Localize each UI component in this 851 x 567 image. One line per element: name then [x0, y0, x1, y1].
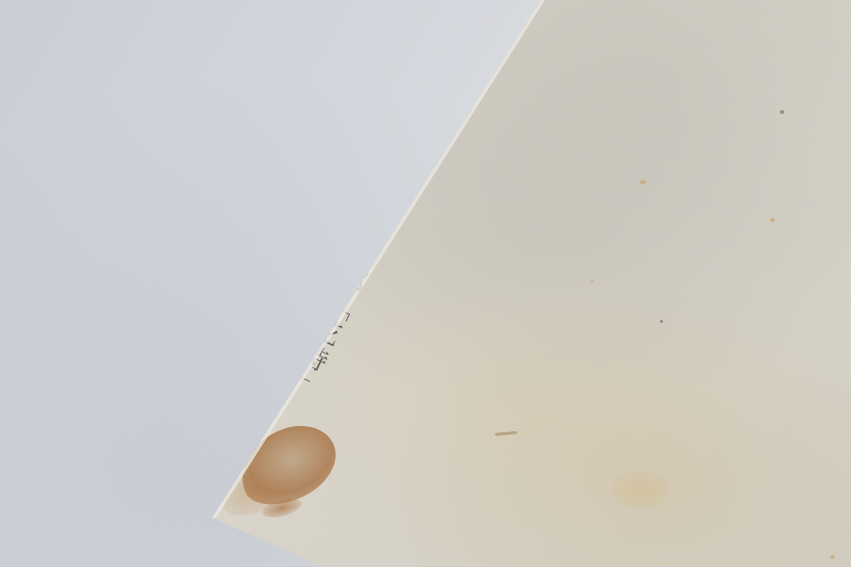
- foxing-speck: [495, 431, 517, 436]
- foxing-speck: [590, 280, 594, 283]
- foxing-speck: [660, 320, 663, 323]
- foxing-speck: [780, 110, 784, 114]
- foxing-speck: [770, 218, 775, 222]
- foxing-speck: [610, 470, 670, 510]
- foxing-speck: [640, 180, 646, 184]
- foxing-speck: [830, 555, 835, 559]
